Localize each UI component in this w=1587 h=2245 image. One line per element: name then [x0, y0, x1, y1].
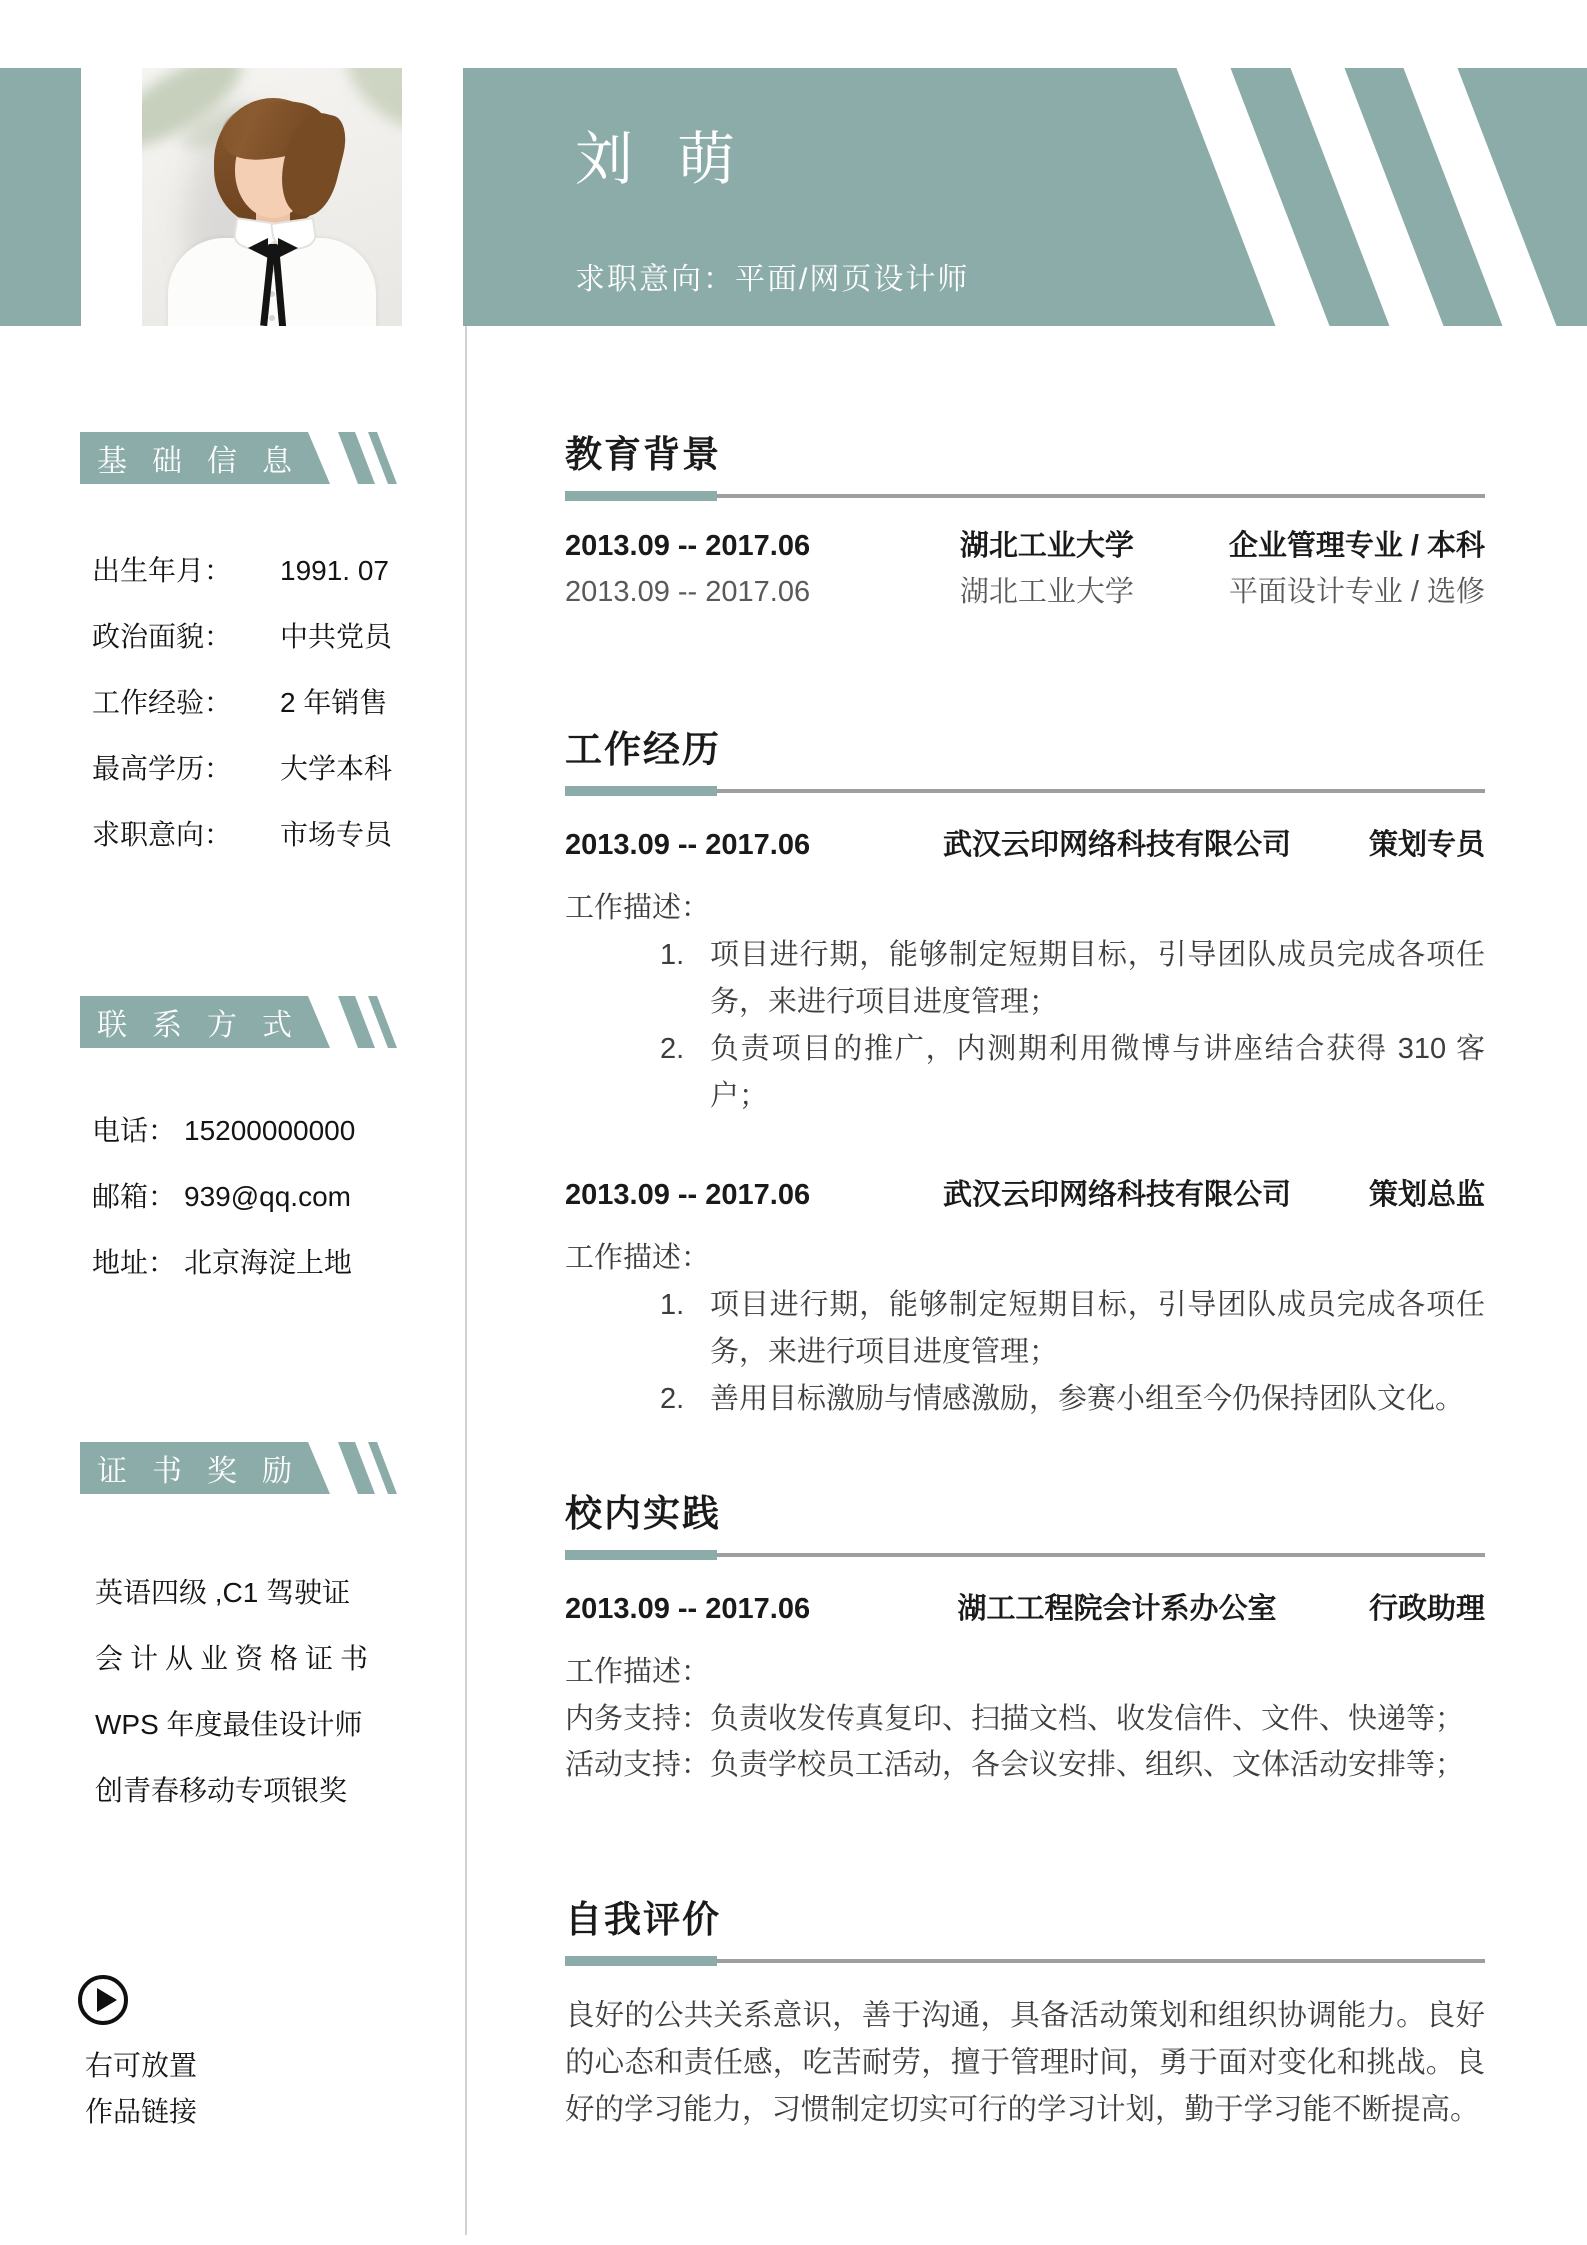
corner-accent-block	[0, 68, 81, 326]
list-item: 求职意向： 市场专员	[92, 814, 422, 856]
section-divider	[565, 1956, 1485, 1966]
description-label: 工作描述：	[565, 1650, 1485, 1694]
company-name: 武汉云印网络科技有限公司	[865, 822, 1369, 868]
item-number: 1.	[660, 1282, 710, 1376]
job-intent: 求职意向：平面/网页设计师	[575, 260, 969, 300]
field-label: 邮箱：	[92, 1176, 176, 1218]
major-degree: 平面设计专业 / 选修	[1229, 569, 1485, 615]
list-item: 邮箱： 939@qq.com	[92, 1176, 422, 1218]
portfolio-note-line: 作品链接	[85, 2089, 197, 2135]
company-name: 武汉云印网络科技有限公司	[865, 1172, 1369, 1218]
description-list: 1. 项目进行期，能够制定短期目标，引导团队成员完成各项任务，来进行项目进度管理…	[565, 1282, 1485, 1423]
campus-entry: 2013.09 -- 2017.06 湖工工程院会计系办公室 行政助理 工作描述…	[565, 1586, 1485, 1788]
description-label: 工作描述：	[565, 886, 1485, 930]
list-item: 政治面貌： 中共党员	[92, 616, 422, 658]
job-row: 2013.09 -- 2017.06 武汉云印网络科技有限公司 策划总监	[565, 1172, 1485, 1218]
section-education: 教育背景 2013.09 -- 2017.06 湖北工业大学 企业管理专业 / …	[565, 433, 1485, 615]
job-title: 策划专员	[1369, 822, 1485, 868]
item-number: 1.	[660, 932, 710, 1026]
tape-stripe	[338, 432, 375, 484]
basic-info-list: 出生年月： 1991. 07 政治面貌： 中共党员 工作经验： 2 年销售 最高…	[92, 550, 422, 880]
contact-title: 联系方式	[80, 1000, 317, 1044]
field-label: 出生年月：	[92, 550, 280, 592]
list-item: 工作经验： 2 年销售	[92, 682, 422, 724]
section-divider	[565, 491, 1485, 501]
major-degree: 企业管理专业 / 本科	[1229, 523, 1485, 569]
list-item: 地址： 北京海淀上地	[92, 1242, 422, 1284]
list-item: 电话： 15200000000	[92, 1110, 422, 1152]
certificates-title: 证书奖励	[80, 1446, 317, 1490]
basic-info-header: 基础信息	[80, 432, 400, 484]
field-value: 1991. 07	[280, 550, 389, 592]
portrait-photo	[142, 68, 402, 326]
email-value: 939@qq.com	[184, 1176, 351, 1218]
list-item: 出生年月： 1991. 07	[92, 550, 422, 592]
resume-page: 刘 萌 求职意向：平面/网页设计师 基础信息 出生年月： 1991. 07 政治…	[0, 0, 1587, 2245]
job-title: 策划总监	[1369, 1172, 1485, 1218]
item-number: 2.	[660, 1376, 710, 1423]
tape-stripe	[338, 996, 375, 1048]
item-text: 项目进行期，能够制定短期目标，引导团队成员完成各项任务，来进行项目进度管理；	[710, 932, 1485, 1026]
description-label: 工作描述：	[565, 1236, 1485, 1280]
field-label: 地址：	[92, 1242, 176, 1284]
section-campus-practice: 校内实践 2013.09 -- 2017.06 湖工工程院会计系办公室 行政助理…	[565, 1492, 1485, 1788]
portfolio-note-line: 右可放置	[85, 2043, 197, 2089]
contact-header: 联系方式	[80, 996, 400, 1048]
field-value: 中共党员	[280, 616, 392, 658]
date-range: 2013.09 -- 2017.06	[565, 523, 865, 569]
description-item: 1. 项目进行期，能够制定短期目标，引导团队成员完成各项任务，来进行项目进度管理…	[660, 1282, 1485, 1376]
description-line: 内务支持：负责收发传真复印、扫描文档、收发信件、文件、快递等；	[565, 1696, 1485, 1742]
certificate-item: 会计从业资格证书	[95, 1638, 395, 1680]
school-name: 湖北工业大学	[865, 523, 1229, 569]
date-range: 2013.09 -- 2017.06	[565, 1586, 865, 1632]
field-value: 大学本科	[280, 748, 392, 790]
description-line: 活动支持：负责学校员工活动，各会议安排、组织、文体活动安排等；	[565, 1742, 1485, 1788]
field-value: 2 年销售	[280, 682, 387, 724]
section-title: 自我评价	[565, 1898, 1485, 1942]
play-icon[interactable]	[78, 1975, 128, 2025]
certificate-item: 创青春移动专项银奖	[95, 1770, 395, 1812]
header-banner: 刘 萌 求职意向：平面/网页设计师	[463, 68, 1587, 326]
section-divider	[565, 1550, 1485, 1560]
position-title: 行政助理	[1369, 1586, 1485, 1632]
item-text: 善用目标激励与情感激励，参赛小组至今仍保持团队文化。	[710, 1376, 1485, 1423]
description-item: 1. 项目进行期，能够制定短期目标，引导团队成员完成各项任务，来进行项目进度管理…	[660, 932, 1485, 1026]
address-value: 北京海淀上地	[184, 1242, 352, 1284]
field-label: 工作经验：	[92, 682, 280, 724]
education-row: 2013.09 -- 2017.06 湖北工业大学 平面设计专业 / 选修	[565, 569, 1485, 615]
field-value: 市场专员	[280, 814, 392, 856]
job-entry: 2013.09 -- 2017.06 武汉云印网络科技有限公司 策划总监 工作描…	[565, 1172, 1485, 1423]
field-label: 电话：	[92, 1110, 176, 1152]
phone-value: 15200000000	[184, 1110, 355, 1152]
section-work-experience: 工作经历 2013.09 -- 2017.06 武汉云印网络科技有限公司 策划专…	[565, 728, 1485, 1423]
item-number: 2.	[660, 1026, 710, 1120]
campus-description: 内务支持：负责收发传真复印、扫描文档、收发信件、文件、快递等； 活动支持：负责学…	[565, 1696, 1485, 1788]
school-name: 湖北工业大学	[865, 569, 1229, 615]
play-triangle	[97, 1988, 117, 2012]
field-label: 最高学历：	[92, 748, 280, 790]
campus-row: 2013.09 -- 2017.06 湖工工程院会计系办公室 行政助理	[565, 1586, 1485, 1632]
date-range: 2013.09 -- 2017.06	[565, 569, 865, 615]
section-self-evaluation: 自我评价 良好的公共关系意识，善于沟通，具备活动策划和组织协调能力。良好的心态和…	[565, 1898, 1485, 2133]
job-entry: 2013.09 -- 2017.06 武汉云印网络科技有限公司 策划专员 工作描…	[565, 822, 1485, 1120]
organization-name: 湖工工程院会计系办公室	[865, 1586, 1369, 1632]
basic-info-title: 基础信息	[80, 436, 317, 480]
description-item: 2. 负责项目的推广，内测期利用微博与讲座结合获得 310 客户；	[660, 1026, 1485, 1120]
certificates-list: 英语四级 ,C1 驾驶证 会计从业资格证书 WPS 年度最佳设计师 创青春移动专…	[95, 1572, 395, 1836]
certificate-item: WPS 年度最佳设计师	[95, 1704, 395, 1746]
date-range: 2013.09 -- 2017.06	[565, 1172, 865, 1218]
item-text: 负责项目的推广，内测期利用微博与讲座结合获得 310 客户；	[710, 1026, 1485, 1120]
contact-list: 电话： 15200000000 邮箱： 939@qq.com 地址： 北京海淀上…	[92, 1110, 422, 1308]
date-range: 2013.09 -- 2017.06	[565, 822, 865, 868]
description-item: 2. 善用目标激励与情感激励，参赛小组至今仍保持团队文化。	[660, 1376, 1485, 1423]
section-divider	[565, 786, 1485, 796]
column-separator	[465, 326, 467, 2235]
education-row: 2013.09 -- 2017.06 湖北工业大学 企业管理专业 / 本科	[565, 523, 1485, 569]
candidate-name: 刘 萌	[575, 124, 749, 196]
list-item: 最高学历： 大学本科	[92, 748, 422, 790]
section-title: 工作经历	[565, 728, 1485, 772]
section-title: 校内实践	[565, 1492, 1485, 1536]
field-label: 政治面貌：	[92, 616, 280, 658]
portfolio-note: 右可放置 作品链接	[85, 2043, 197, 2135]
field-label: 求职意向：	[92, 814, 280, 856]
description-list: 1. 项目进行期，能够制定短期目标，引导团队成员完成各项任务，来进行项目进度管理…	[565, 932, 1485, 1120]
section-title: 教育背景	[565, 433, 1485, 477]
self-evaluation-paragraph: 良好的公共关系意识，善于沟通，具备活动策划和组织协调能力。良好的心态和责任感，吃…	[565, 1992, 1485, 2133]
tape-stripe	[338, 1442, 375, 1494]
item-text: 项目进行期，能够制定短期目标，引导团队成员完成各项任务，来进行项目进度管理；	[710, 1282, 1485, 1376]
certificate-item: 英语四级 ,C1 驾驶证	[95, 1572, 395, 1614]
job-row: 2013.09 -- 2017.06 武汉云印网络科技有限公司 策划专员	[565, 822, 1485, 868]
certificates-header: 证书奖励	[80, 1442, 400, 1494]
